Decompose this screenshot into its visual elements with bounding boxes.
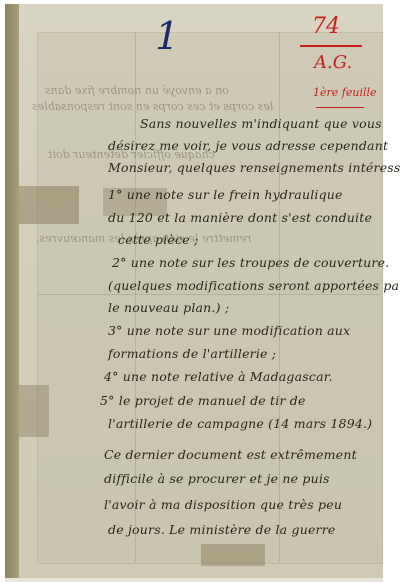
handwritten-line: 4° une note relative à Madagascar. [104, 369, 333, 384]
archive-rule [316, 107, 364, 108]
bleed-through-text: les corps et ces corps en sont responsab… [32, 100, 273, 113]
handwritten-line: difficile à se procurer et je ne puis [104, 471, 330, 486]
handwritten-line: 3° une note sur une modification aux [108, 323, 350, 338]
photo-border [5, 578, 383, 582]
archive-sheet: 1ère feuille [313, 86, 377, 99]
handwritten-line: (quelques modifications seront apportées… [108, 278, 400, 293]
handwritten-line: 2° une note sur les troupes de couvertur… [112, 255, 389, 270]
archive-initials: A.G. [314, 52, 352, 73]
bleed-through-text: on a envoyé un nombre fixe dans [45, 84, 229, 97]
handwritten-line: l'artillerie de campagne (14 mars 1894.) [108, 416, 372, 431]
archive-rule [300, 45, 362, 47]
repair-tape [19, 186, 79, 224]
fold-line [37, 294, 381, 295]
handwritten-line: de jours. Le ministère de la guerre [108, 522, 336, 537]
handwritten-line: Monsieur, quelques renseignements intére… [108, 160, 400, 175]
archive-folio: 74 [312, 14, 340, 39]
handwritten-line: Sans nouvelles m'indiquant que vous [140, 116, 382, 131]
binding-spine [5, 4, 19, 582]
handwritten-line: cette pièce ; [118, 232, 198, 247]
handwritten-line: 5° le projet de manuel de tir de [100, 393, 306, 408]
repair-tape [201, 544, 265, 566]
handwritten-line: du 120 et la manière dont s'est conduite [108, 210, 372, 225]
handwritten-line: Ce dernier document est extrêmement [104, 447, 357, 462]
repair-tape [19, 385, 49, 437]
handwritten-line: désirez me voir, je vous adresse cependa… [108, 138, 388, 153]
handwritten-line: 1° une note sur le frein hydraulique [108, 187, 343, 202]
page-number: 1 [155, 14, 179, 58]
handwritten-line: le nouveau plan.) ; [108, 300, 229, 315]
handwritten-line: l'avoir à ma disposition que très peu [104, 497, 342, 512]
handwritten-line: formations de l'artillerie ; [108, 346, 276, 361]
